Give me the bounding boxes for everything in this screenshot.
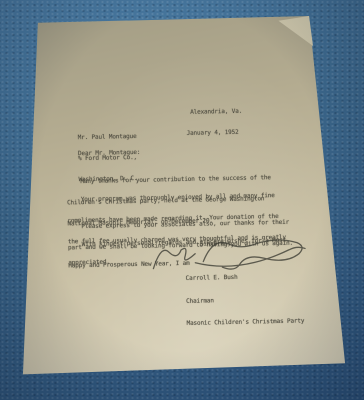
recipient-line: Mr. Paul Montague (78, 133, 137, 141)
signer-organization: Masonic Children's Christmas Party (187, 317, 305, 327)
signer-title: Chairman (186, 295, 304, 305)
signature-block: Carroll E. Bush Chairman Masonic Childre… (185, 257, 304, 342)
letter-date: January 4, 1952 (187, 129, 243, 137)
photo-background: Alexandria, Va. January 4, 1952 Mr. Paul… (0, 0, 364, 400)
letter-place: Alexandria, Va. (186, 108, 242, 116)
letter-line: Your program was thoroughly enjoyed by a… (67, 192, 285, 204)
date-block: Alexandria, Va. January 4, 1952 (186, 94, 243, 151)
signer-name: Carroll E. Bush (186, 272, 304, 282)
letter-content: Alexandria, Va. January 4, 1952 Mr. Paul… (0, 0, 364, 400)
salutation: Dear Mr. Montague: (78, 149, 140, 157)
